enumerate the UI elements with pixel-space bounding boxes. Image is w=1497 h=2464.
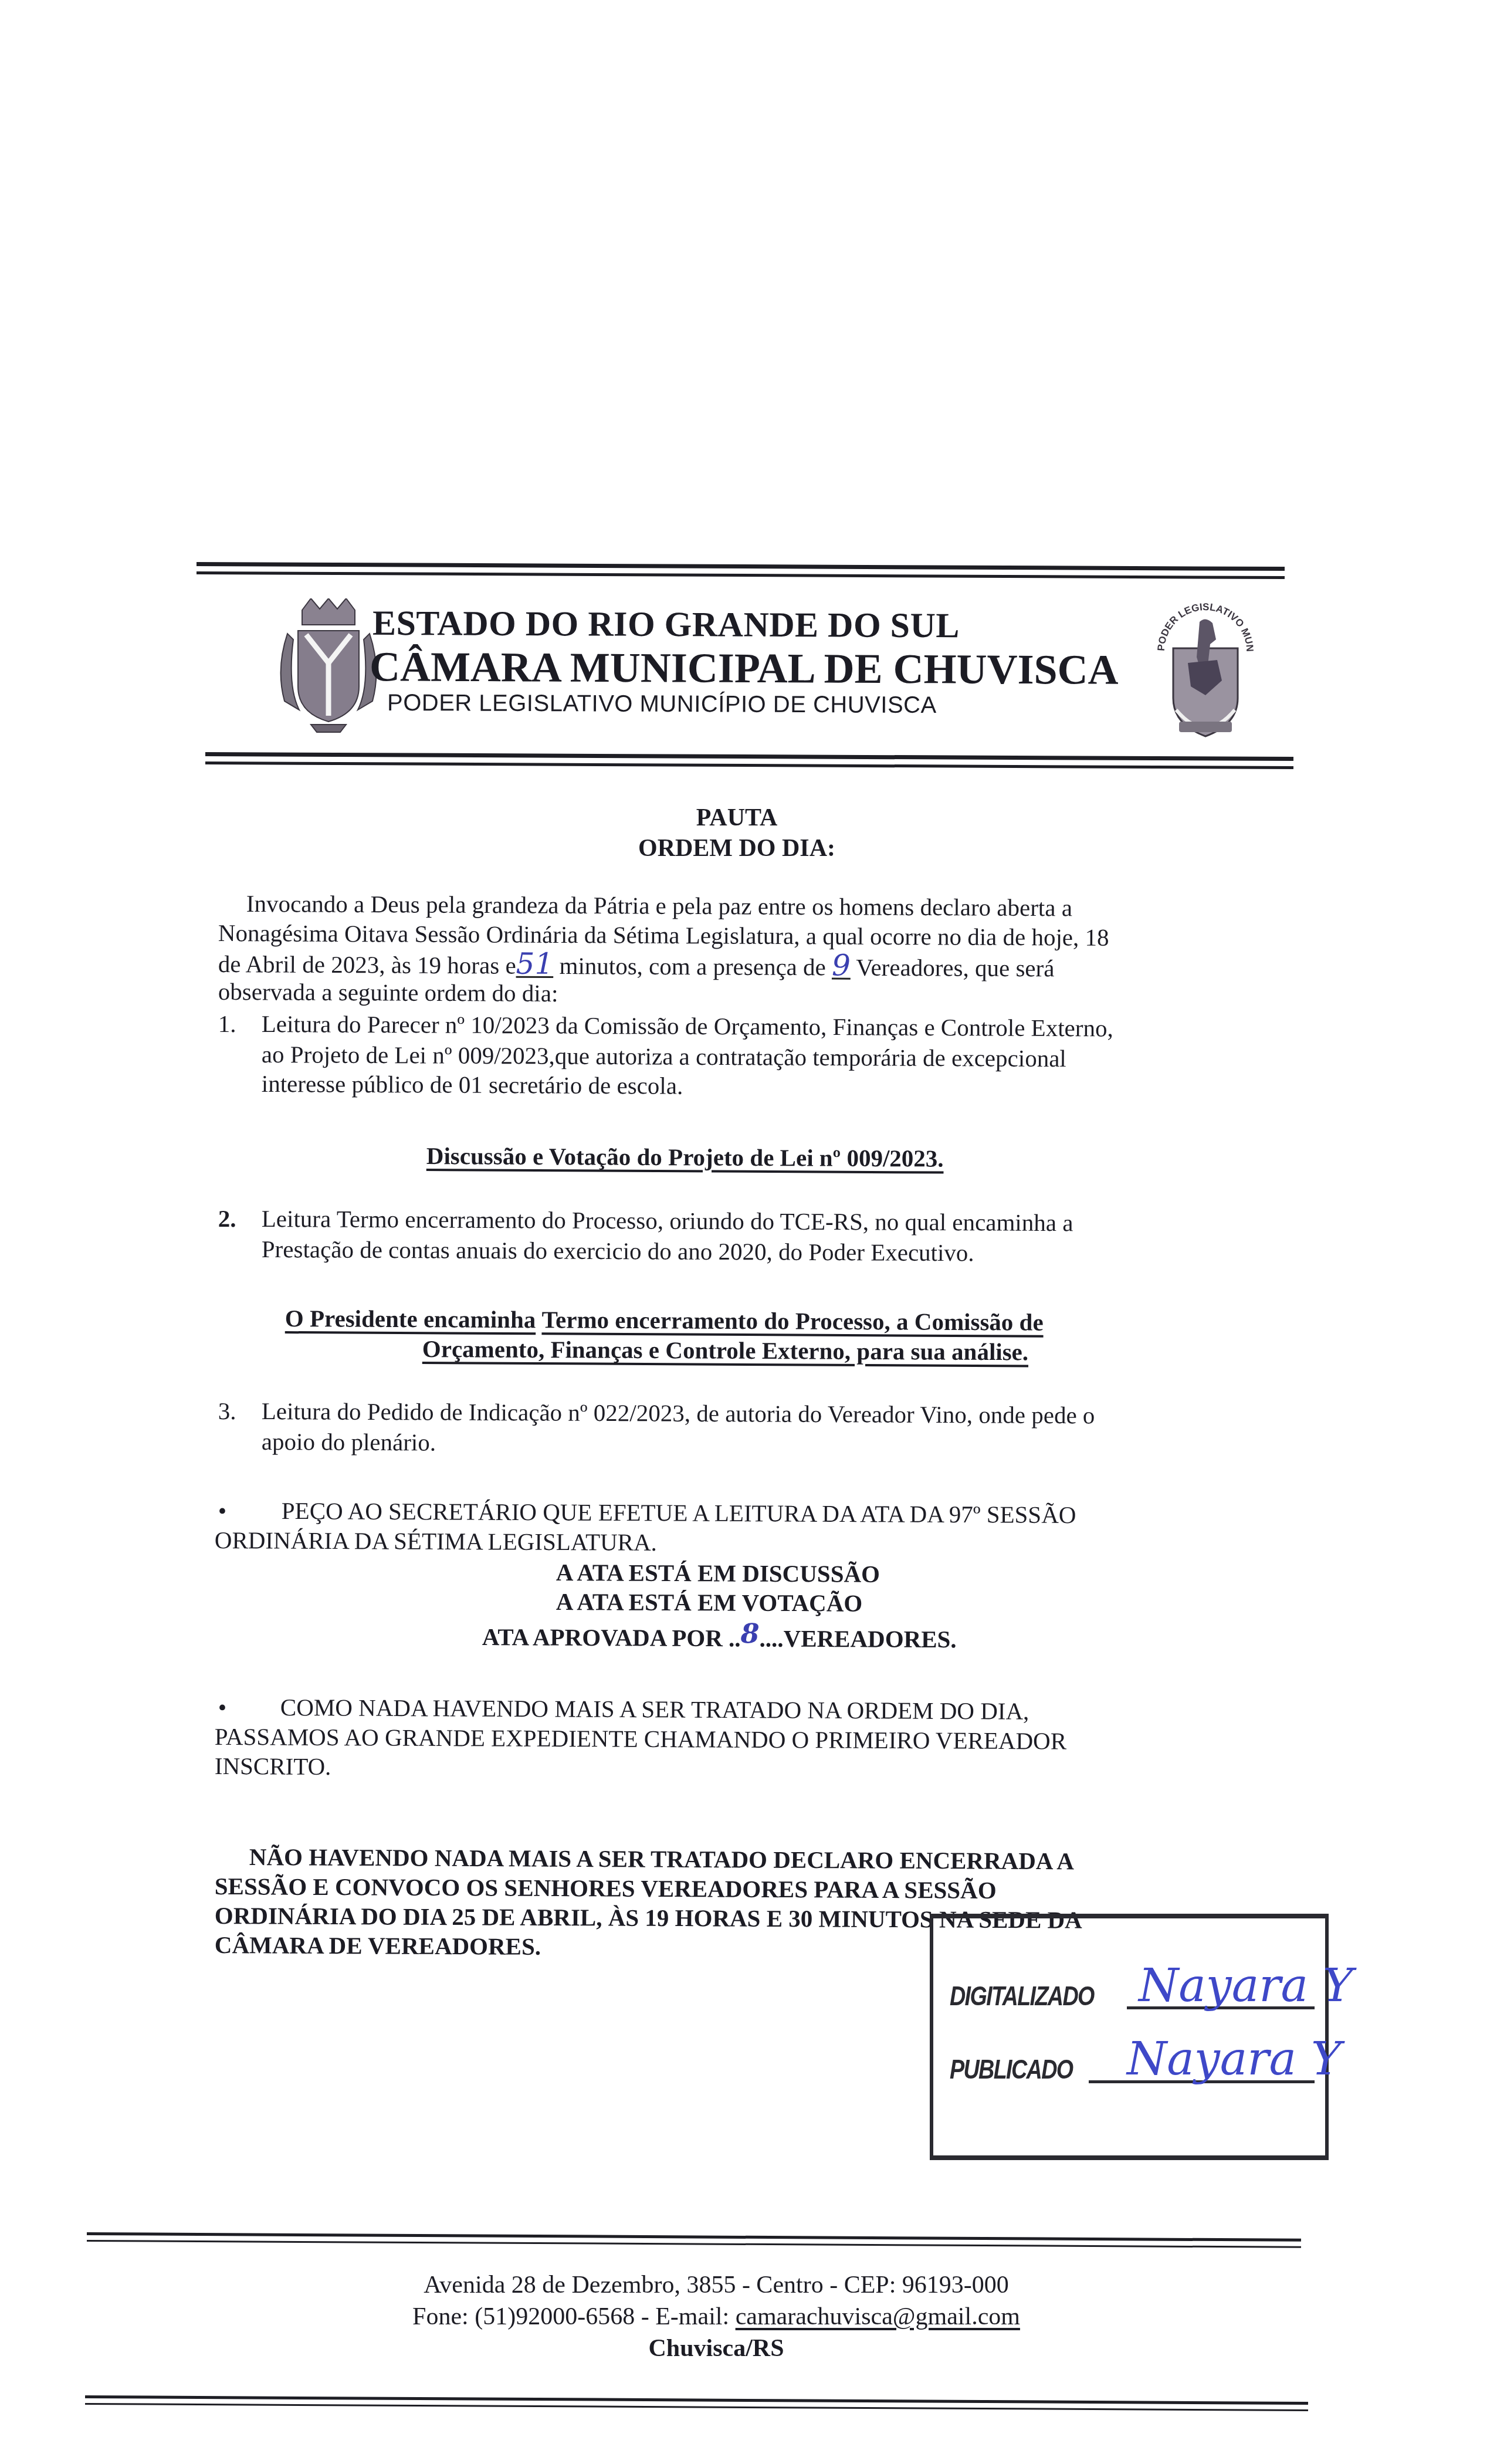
header-bottom-rule-1: [205, 752, 1293, 761]
item-action: Orçamento, Finanças e Controle Externo, …: [422, 1334, 1029, 1366]
minutes-approved: ATA APROVADA POR ..8....VEREADORES.: [482, 1617, 957, 1654]
intro-line: Nonagésima Oitava Sessão Ordinária da Sé…: [218, 918, 1109, 952]
item-line: Leitura Termo encerramento do Processo, …: [262, 1204, 1073, 1237]
published-label: PUBLICADO: [950, 2053, 1072, 2085]
legislative-seal-icon: PODER LEGISLATIVO MUNICIPAL: [1147, 598, 1264, 745]
item-line: Leitura do Pedido de Indicação nº 022/20…: [262, 1396, 1095, 1430]
header-bottom-rule-2: [205, 761, 1293, 769]
header-subtitle: PODER LEGISLATIVO MUNICÍPIO DE CHUVISCA: [387, 690, 937, 719]
header-top-rule-2: [197, 571, 1285, 579]
handwritten-minutes: 51: [516, 949, 554, 979]
digitized-published-stamp: DIGITALIZADO Nayara Y PUBLICADO Nayara Y: [930, 1914, 1329, 2160]
item-line: ao Projeto de Lei nº 009/2023,que autori…: [262, 1040, 1066, 1073]
closing-line: CÂMARA DE VEREADORES.: [215, 1930, 541, 1961]
closing-line: SESSÃO E CONVOCO OS SENHORES VEREADORES …: [215, 1871, 997, 1905]
email-link[interactable]: camarachuvisca@gmail.com: [736, 2303, 1020, 2330]
footer-address: Avenida 28 de Dezembro, 3855 - Centro - …: [0, 2269, 1465, 2301]
minutes-voting: A ATA ESTÁ EM VOTAÇÃO: [556, 1587, 863, 1618]
item-number: 3.: [218, 1396, 236, 1426]
item-number: 1.: [218, 1009, 236, 1038]
item-number: 2.: [218, 1204, 236, 1233]
item-line: apoio do plenário.: [262, 1427, 436, 1457]
bullet-line: PEÇO AO SECRETÁRIO QUE EFETUE A LEITURA …: [282, 1496, 1076, 1529]
minutes-discussion: A ATA ESTÁ EM DISCUSSÃO: [556, 1558, 880, 1589]
footer-bottom-rule-1: [85, 2395, 1308, 2405]
item-action: O Presidente encaminha Termo encerrament…: [285, 1304, 1044, 1337]
footer-bottom-rule-2: [85, 2403, 1308, 2411]
closing-line: NÃO HAVENDO NADA MAIS A SER TRATADO DECL…: [249, 1842, 1074, 1876]
footer-top-rule-1: [87, 2232, 1301, 2242]
intro-line: Invocando a Deus pela grandeza da Pátria…: [246, 889, 1072, 922]
document-subtitle: ORDEM DO DIA:: [0, 834, 1485, 862]
handwritten-attendance: 9: [832, 950, 851, 980]
intro-line: observada a seguinte ordem do dia:: [218, 977, 558, 1008]
item-action: Discussão e Votação do Projeto de Lei nº…: [426, 1141, 944, 1173]
handwritten-approved-count: 8: [741, 1619, 760, 1648]
item-line: interesse público de 01 secretário de es…: [262, 1069, 683, 1101]
state-name: ESTADO DO RIO GRANDE DO SUL: [372, 603, 960, 646]
bullet-line: ORDINÁRIA DA SÉTIMA LEGISLATURA.: [215, 1525, 657, 1557]
item-line: Prestação de contas anuais do exercicio …: [262, 1234, 974, 1267]
bullet-icon: •: [218, 1693, 227, 1722]
digitized-signature: Nayara Y: [1139, 1959, 1353, 2012]
bullet-line: PASSAMOS AO GRANDE EXPEDIENTE CHAMANDO O…: [215, 1722, 1066, 1756]
coat-of-arms-icon: [276, 598, 381, 733]
item-line: Leitura do Parecer nº 10/2023 da Comissã…: [262, 1009, 1113, 1043]
bullet-line: COMO NADA HAVENDO MAIS A SER TRATADO NA …: [280, 1693, 1029, 1726]
bullet-line: INSCRITO.: [215, 1751, 331, 1781]
published-signature: Nayara Y: [1127, 2033, 1341, 2086]
document-title: PAUTA: [0, 804, 1485, 832]
digitized-label: DIGITALIZADO: [950, 1980, 1094, 2012]
footer-top-rule-2: [87, 2240, 1301, 2248]
footer-contact: Fone: (51)92000-6568 - E-mail: camarachu…: [0, 2301, 1465, 2333]
chamber-name: CÂMARA MUNICIPAL DE CHUVISCA: [370, 642, 1119, 695]
bullet-icon: •: [218, 1496, 227, 1525]
footer-city: Chuvisca/RS: [0, 2333, 1465, 2364]
header-top-rule-1: [197, 562, 1285, 571]
